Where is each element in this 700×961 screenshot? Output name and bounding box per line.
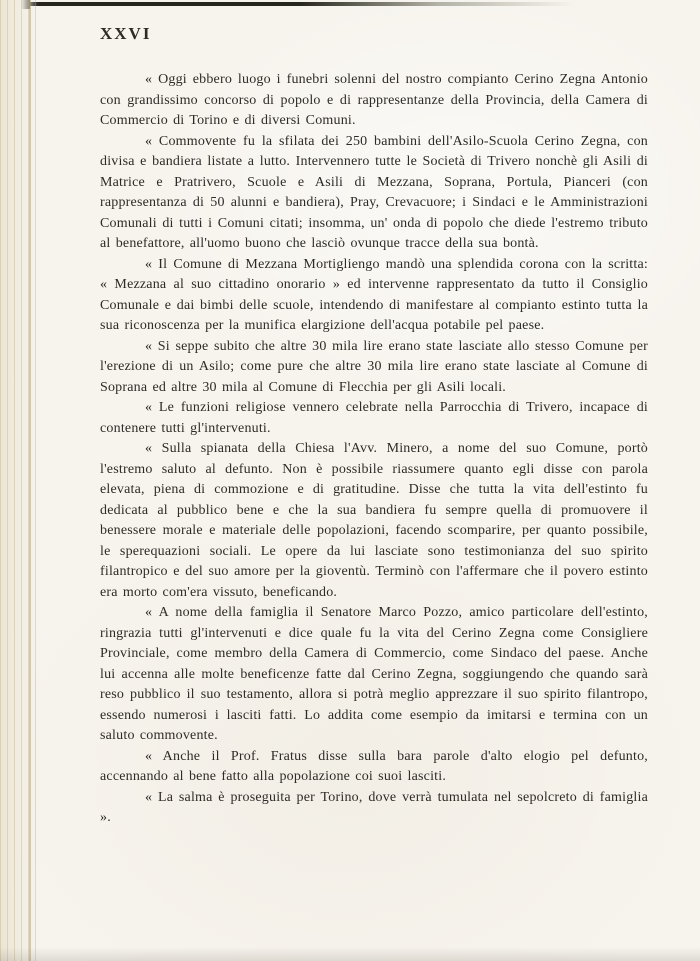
scan-bottom-shadow <box>0 947 700 961</box>
page-number: XXVI <box>100 24 648 44</box>
paragraph: « A nome della famiglia il Senatore Marc… <box>100 603 648 747</box>
paragraph: « La salma è proseguita per Torino, dove… <box>100 788 648 829</box>
page-content: XXVI « Oggi ebbero luogo i funebri solen… <box>100 24 648 829</box>
paragraph: « Sulla spianata della Chiesa l'Avv. Min… <box>100 439 648 603</box>
paragraph: « Le funzioni religiose vennero celebrat… <box>100 398 648 439</box>
body-text: « Oggi ebbero luogo i funebri solenni de… <box>100 70 648 829</box>
paragraph: « Anche il Prof. Fratus disse sulla bara… <box>100 747 648 788</box>
book-binding-page-edges <box>0 0 38 961</box>
paragraph: « Il Comune di Mezzana Mortigliengo mand… <box>100 255 648 337</box>
paragraph: « Commovente fu la sfilata dei 250 bambi… <box>100 132 648 255</box>
scan-top-edge-line <box>0 2 575 6</box>
page-crease-line <box>29 0 31 961</box>
scanned-page: XXVI « Oggi ebbero luogo i funebri solen… <box>0 0 700 961</box>
paragraph: « Oggi ebbero luogo i funebri solenni de… <box>100 70 648 132</box>
paragraph: « Si seppe subito che altre 30 mila lire… <box>100 337 648 399</box>
